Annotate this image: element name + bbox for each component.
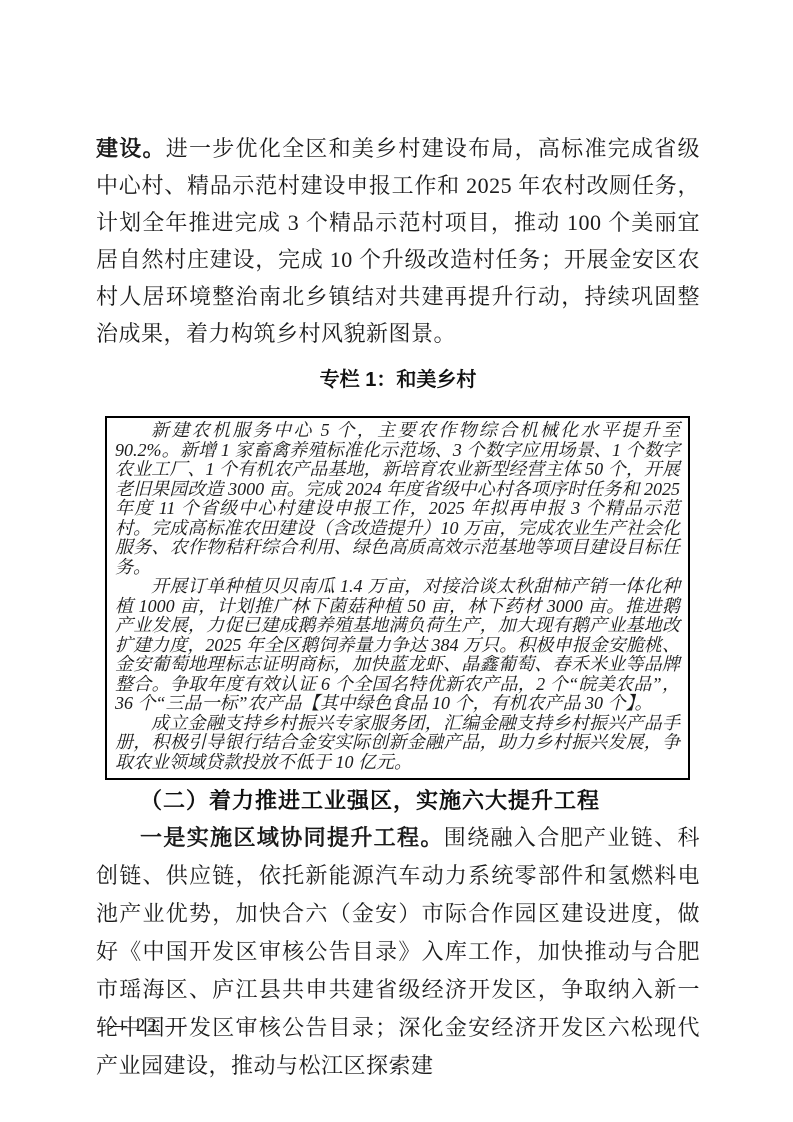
box-paragraph-agriculture: 新建农机服务中心 5 个，主要农作物综合机械化水平提升至 90.2%。新增 1 … (115, 421, 680, 577)
paragraph-body-text: 进一步优化全区和美乡村建设布局，高标准完成省级中心村、精品示范村建设申报工作和 … (96, 136, 700, 346)
document-page: 建设。进一步优化全区和美乡村建设布局，高标准完成省级中心村、精品示范村建设申报工… (0, 0, 793, 1122)
section-heading-industry: （二）着力推进工业强区，实施六大提升工程 (96, 786, 700, 816)
page-content: 建设。进一步优化全区和美乡村建设布局，高标准完成省级中心村、精品示范村建设申报工… (96, 130, 700, 1085)
page-number: — 22 — (108, 1014, 187, 1038)
box-paragraph-planting-brands: 开展订单种植贝贝南瓜 1.4 万亩，对接洽谈太秋甜柿产销一体化种植 1000 亩… (115, 577, 680, 714)
box-paragraph-finance: 成立金融支持乡村振兴专家服务团，汇编金融支持乡村振兴产品手册，积极引导银行结合金… (115, 714, 680, 773)
column-box-title: 专栏 1：和美乡村 (96, 366, 700, 394)
paragraph-lead-bold: 建设。 (96, 136, 166, 161)
paragraph-regional-coordination: 一是实施区域协同提升工程。围绕融入合肥产业链、科创链、供应链，依托新能源汽车动力… (96, 819, 700, 1085)
column-box-harmonious-village: 新建农机服务中心 5 个，主要农作物综合机械化水平提升至 90.2%。新增 1 … (105, 416, 690, 780)
paragraph-rural-construction: 建设。进一步优化全区和美乡村建设布局，高标准完成省级中心村、精品示范村建设申报工… (96, 130, 700, 352)
paragraph-lead-bold: 一是实施区域协同提升工程。 (140, 825, 444, 850)
paragraph-body-text: 围绕融入合肥产业链、科创链、供应链，依托新能源汽车动力系统零部件和氢燃料电池产业… (96, 825, 700, 1078)
